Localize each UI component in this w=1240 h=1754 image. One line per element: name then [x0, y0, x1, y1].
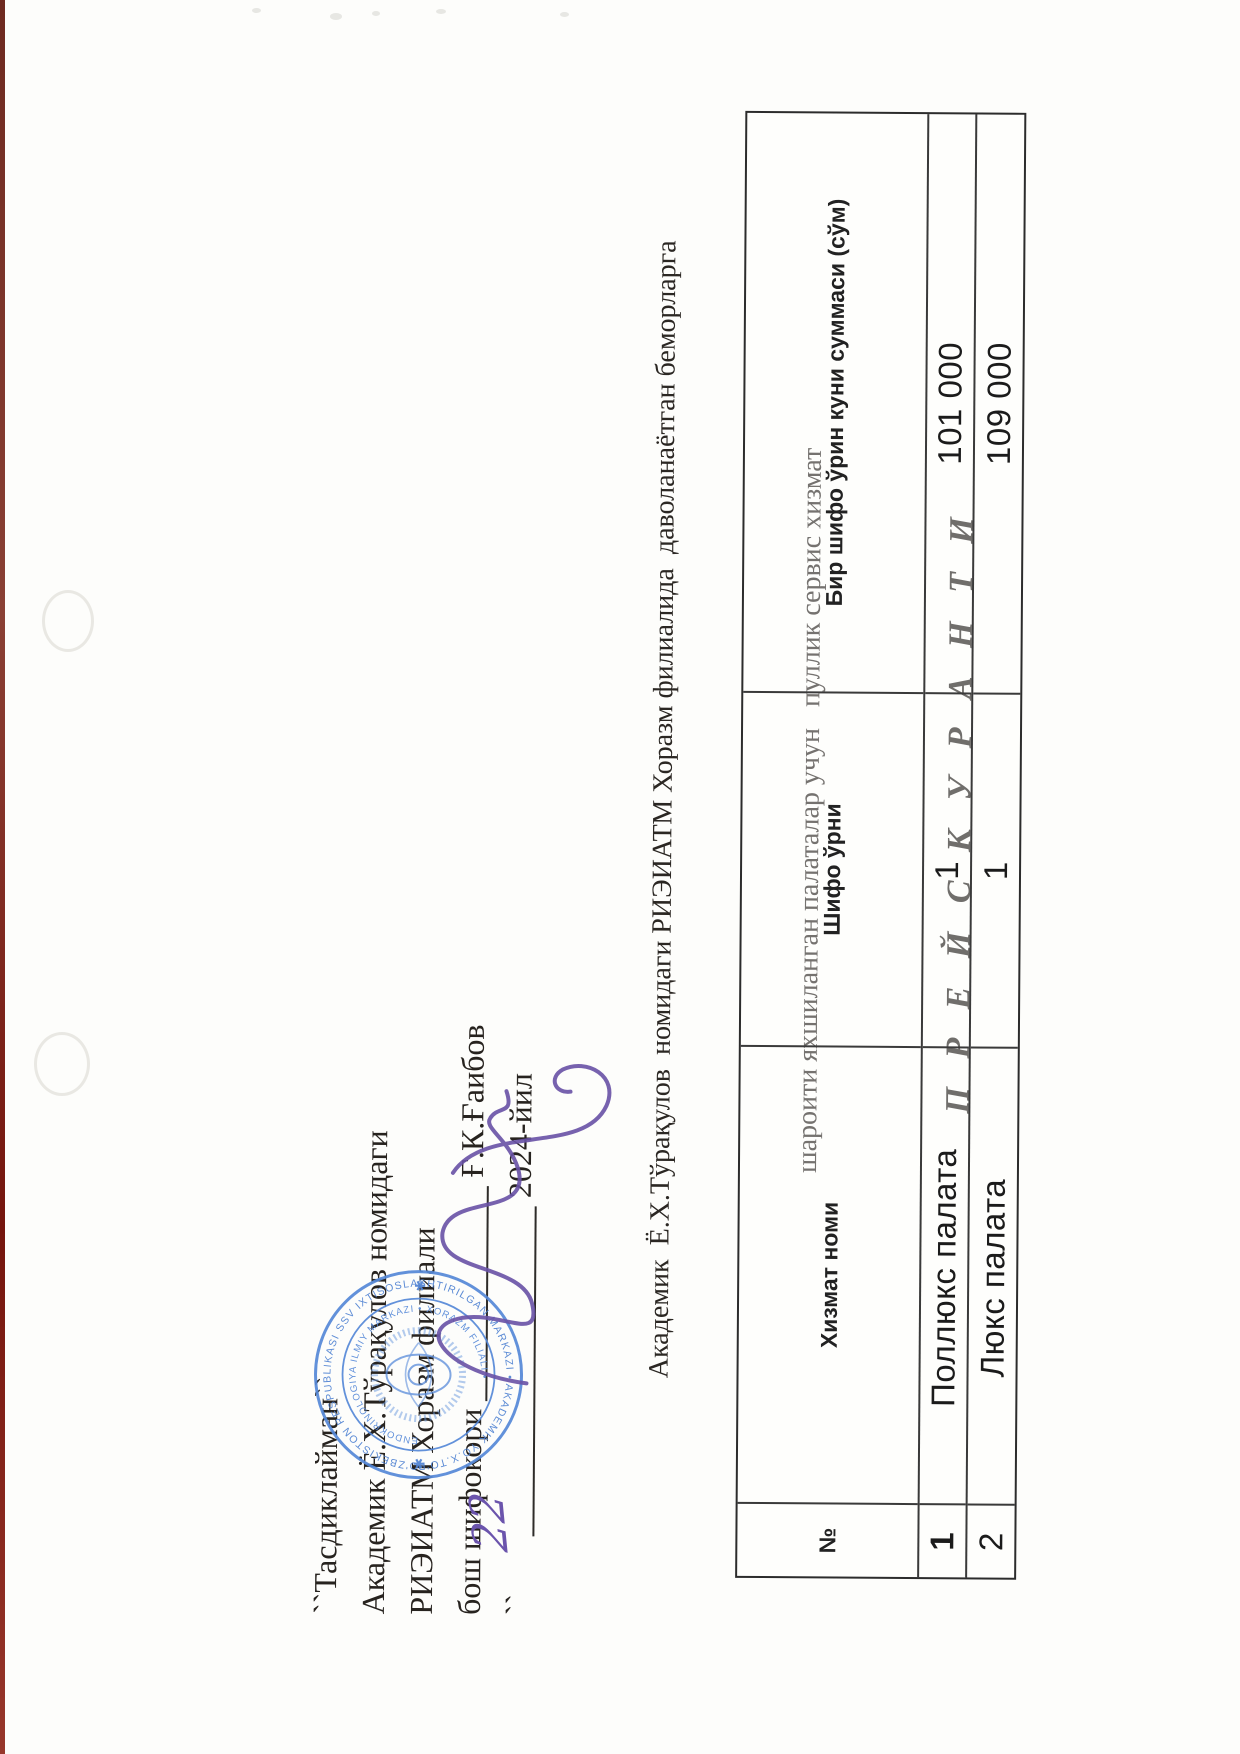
- scan-speck: [330, 13, 342, 20]
- scan-speck: [436, 9, 446, 14]
- hole-punch-mark: [42, 590, 94, 652]
- scan-speck: [252, 8, 261, 13]
- scan-edge-strip: [0, 0, 5, 1754]
- scan-speck: [372, 11, 380, 16]
- table-header-row: № Хизмат номи Шифо ўрни Бир шифо ўрин ку…: [737, 113, 927, 1577]
- scan-speck: [560, 12, 569, 17]
- price-value: 109 000: [973, 114, 1024, 694]
- header-service-name: Хизмат номи: [738, 1047, 921, 1505]
- bed-count: 1: [971, 694, 1020, 1048]
- title-line-1: Академик Ё.Х.Тўрақулов номидаги РИЭИАТМ …: [634, 164, 692, 1454]
- quote-mark: ``: [499, 1594, 535, 1616]
- table-row: 2 Люкс палата 1 109 000: [965, 114, 1024, 1577]
- table-row: 1 Поллюкс палата 1 101 000: [917, 114, 975, 1577]
- handwritten-date: 22: [458, 1490, 519, 1554]
- stamp-star-left: ✱: [413, 1458, 428, 1470]
- signature-stroke-main: [438, 1091, 535, 1384]
- header-bed-count: Шифо ўрни: [741, 693, 923, 1048]
- price-table: № Хизмат номи Шифо ўрни Бир шифо ўрин ку…: [735, 111, 1026, 1580]
- bed-count: 1: [923, 694, 971, 1048]
- row-number: 1: [919, 1505, 966, 1577]
- service-name: Люкс палата: [968, 1048, 1018, 1505]
- service-name: Поллюкс палата: [920, 1048, 969, 1505]
- header-price-per-day: Бир шифо ўрин куни суммаси (сўм): [743, 113, 927, 694]
- header-number: №: [737, 1504, 917, 1577]
- hole-punch-mark: [34, 1032, 90, 1096]
- price-value: 101 000: [925, 114, 975, 694]
- scanned-page: { "document": { "approval": { "line1": "…: [0, 0, 1240, 1754]
- document-sheet: ``Тасдиклайман`` Академик Ё.Х.Тўрақулов …: [0, 0, 1240, 1754]
- row-number: 2: [967, 1505, 1015, 1577]
